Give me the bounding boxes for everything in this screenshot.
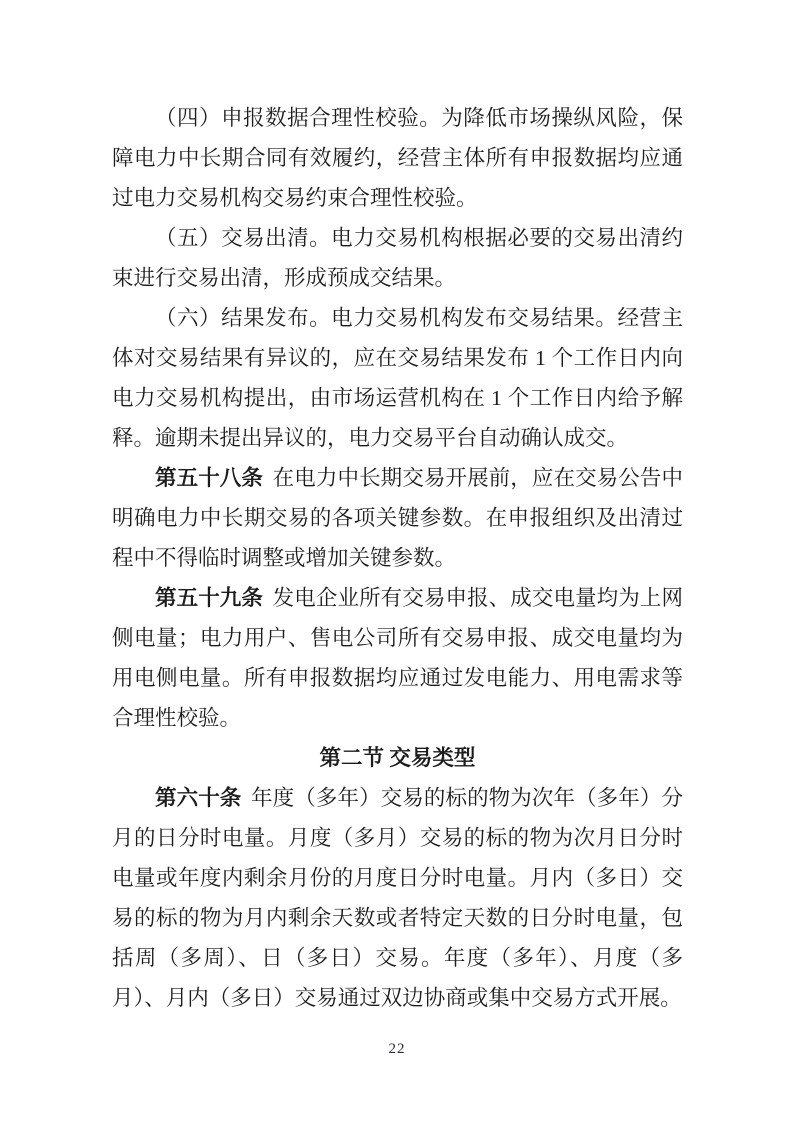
paragraph-article-59: 第五十九条发电企业所有交易申报、成交电量均为上网侧电量；电力用户、售电公司所有交… <box>112 578 683 738</box>
paragraph-item-5: （五）交易出清。电力交易机构根据必要的交易出清约束进行交易出清，形成预成交结果。 <box>112 218 683 298</box>
document-body: （四）申报数据合理性校验。为降低市场操纵风险，保障电力中长期合同有效履约，经营主… <box>112 98 683 1018</box>
article-60-text: 年度（多年）交易的标的物为次年（多年）分月的日分时电量。月度（多月）交易的标的物… <box>112 786 683 1010</box>
paragraph-item-4: （四）申报数据合理性校验。为降低市场操纵风险，保障电力中长期合同有效履约，经营主… <box>112 98 683 218</box>
article-58-number: 第五十八条 <box>155 466 263 490</box>
page-number: 22 <box>389 1041 406 1057</box>
section-heading: 第二节 交易类型 <box>112 738 683 778</box>
article-59-number: 第五十九条 <box>155 586 263 610</box>
paragraph-item-6: （六）结果发布。电力交易机构发布交易结果。经营主体对交易结果有异议的，应在交易结… <box>112 298 683 458</box>
paragraph-article-60: 第六十条年度（多年）交易的标的物为次年（多年）分月的日分时电量。月度（多月）交易… <box>112 778 683 1018</box>
article-60-number: 第六十条 <box>155 786 241 810</box>
page-footer: 22 <box>0 1040 794 1058</box>
document-page: （四）申报数据合理性校验。为降低市场操纵风险，保障电力中长期合同有效履约，经营主… <box>0 0 794 1123</box>
paragraph-article-58: 第五十八条在电力中长期交易开展前，应在交易公告中明确电力中长期交易的各项关键参数… <box>112 458 683 578</box>
